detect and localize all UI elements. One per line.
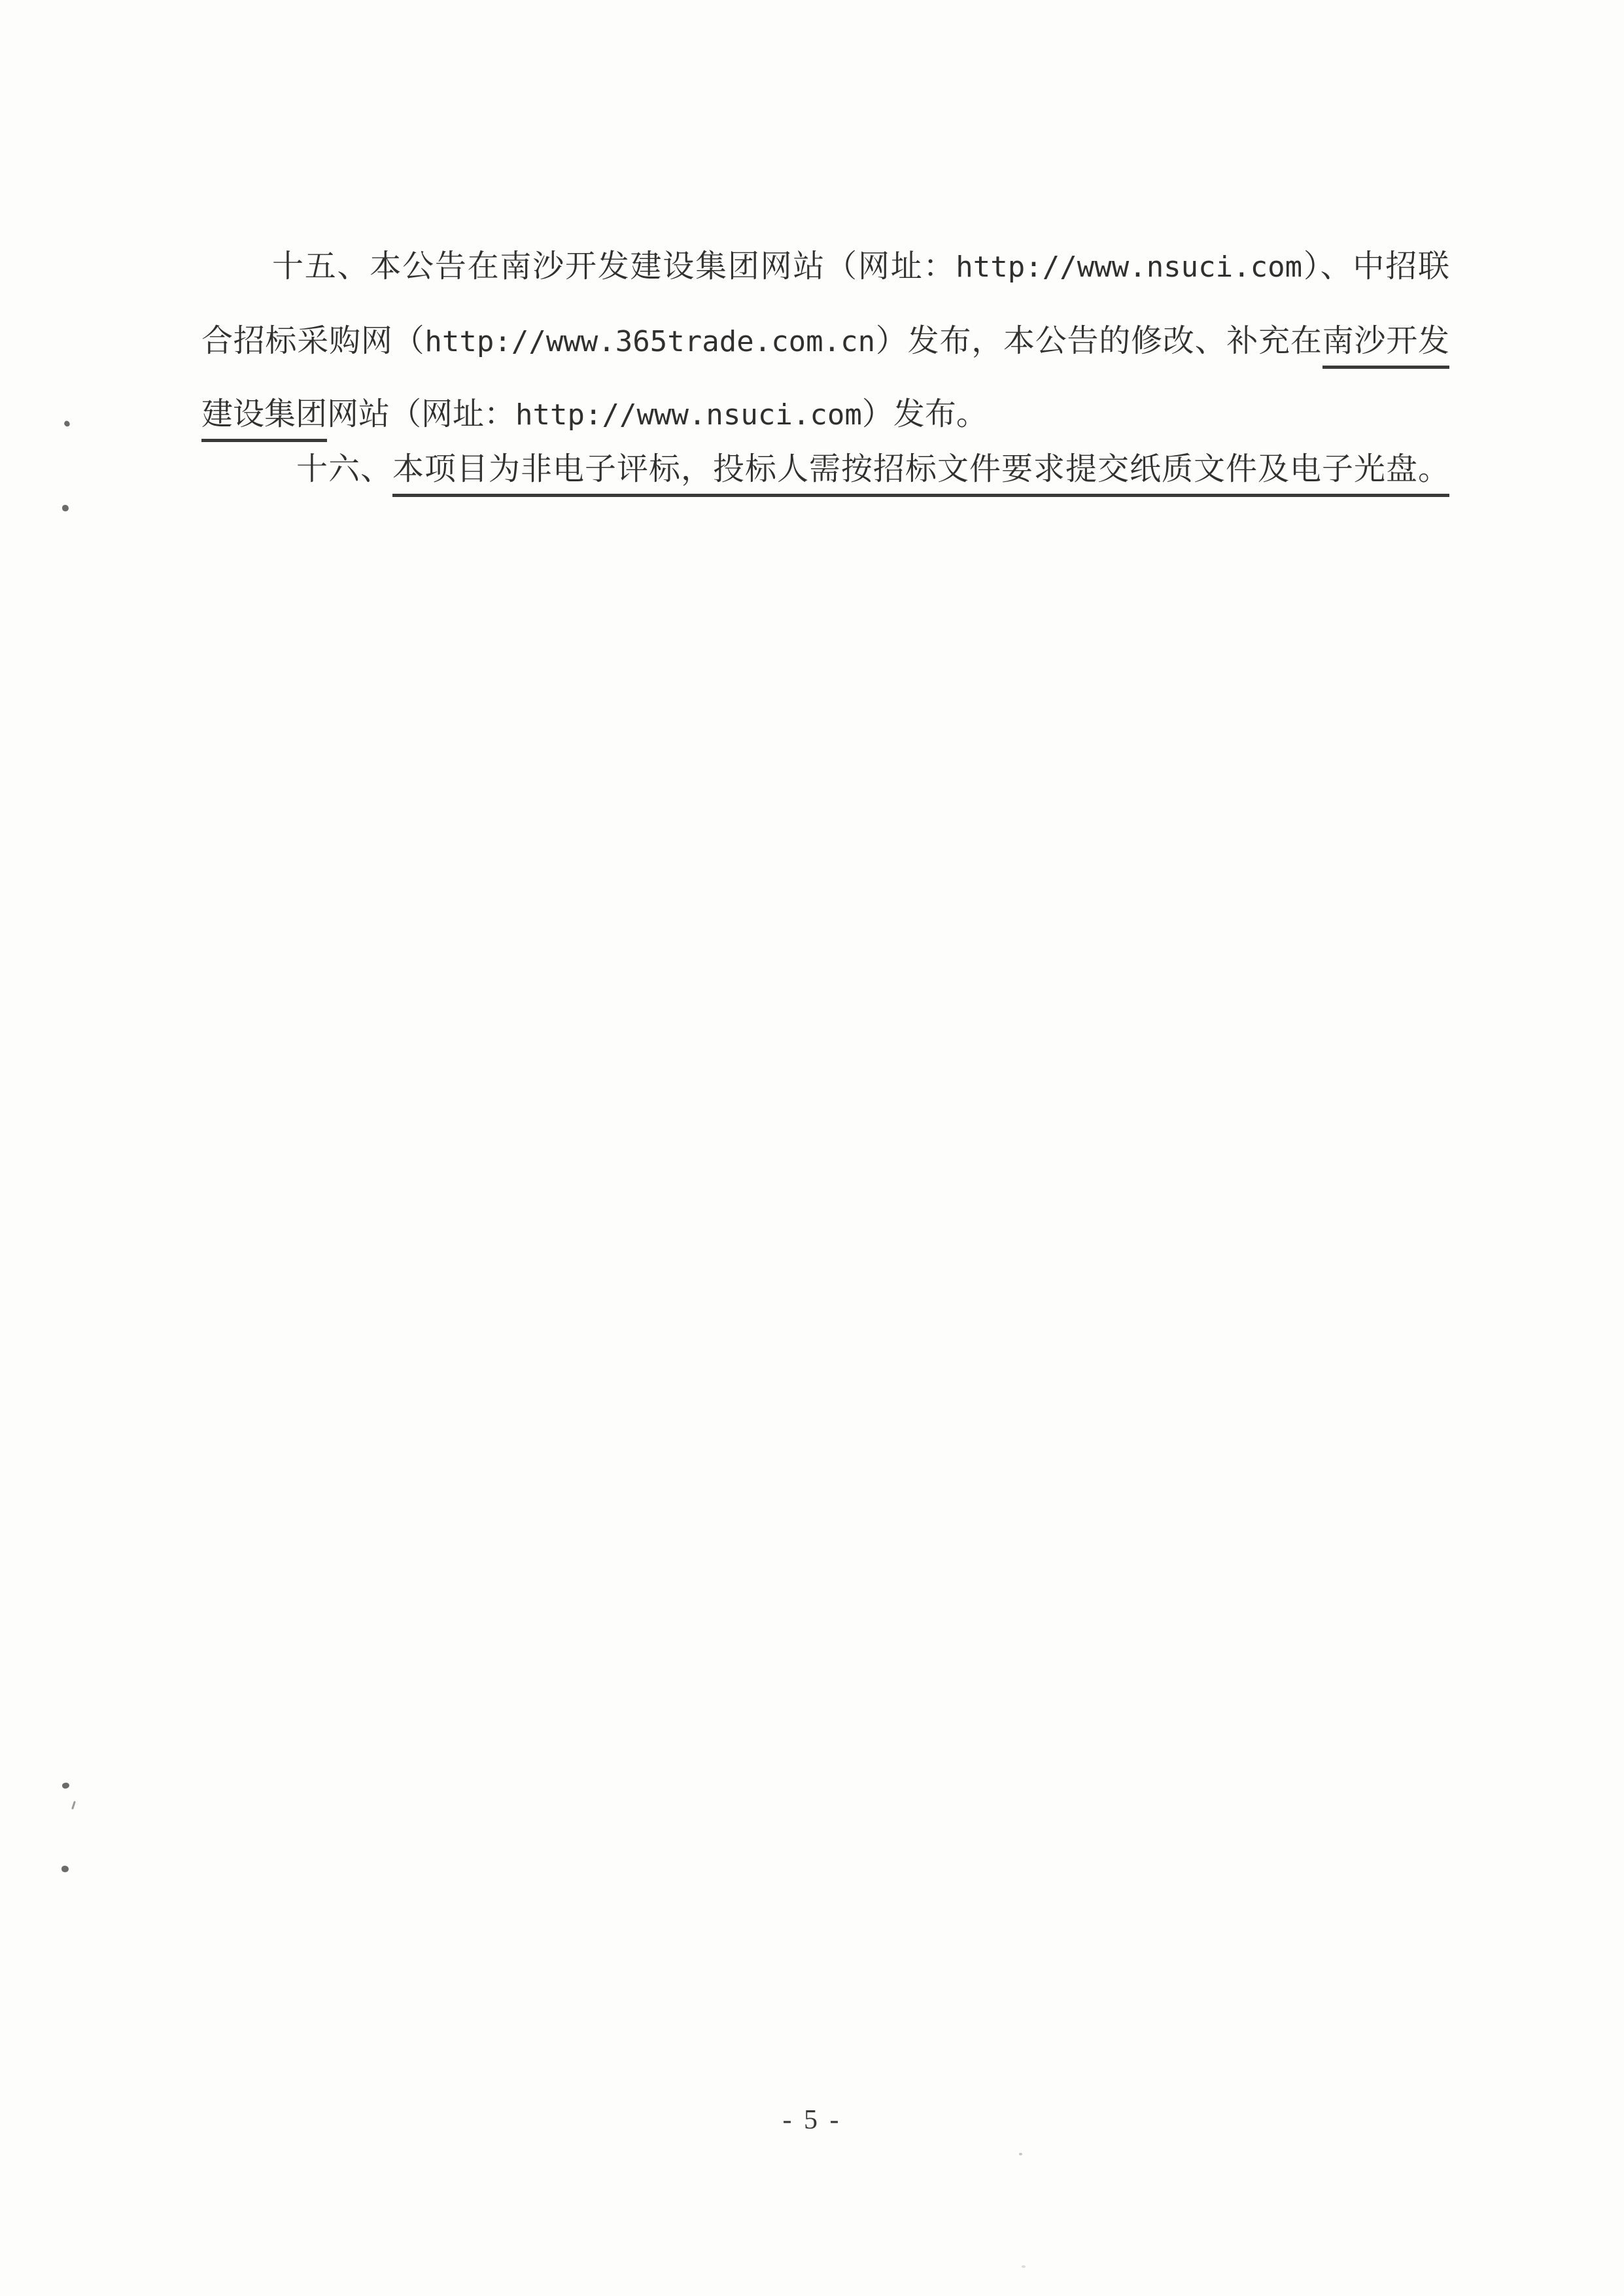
text-segment: ）发布。 [862, 397, 988, 432]
scan-artifact-speck [71, 1801, 76, 1809]
url-text: http://www.nsuci.com [515, 398, 862, 432]
scan-artifact-speck [61, 1866, 69, 1872]
document-page: 十五、本公告在南沙开发建设集团网站（网址：http://www.nsuci.co… [0, 0, 1624, 2296]
text-segment: 十五、本公告在南沙开发建设集团网站（网址： [272, 249, 956, 284]
scan-artifact-speck [63, 420, 71, 428]
underlined-text: 本项目为非电子评标，投标人需按招标文件要求提交纸质文件及电子光盘。 [392, 452, 1449, 497]
scan-artifact-speck [1022, 2265, 1026, 2268]
text-segment: 合招标采购网（ [201, 324, 424, 358]
paragraph-15-line-1: 十五、本公告在南沙开发建设集团网站（网址：http://www.nsuci.co… [201, 246, 1449, 288]
underlined-text: 建设集团 [201, 397, 327, 442]
paragraph-15-line-3: 建设集团网站（网址：http://www.nsuci.com）发布。 [201, 394, 1449, 436]
url-text: http://www.nsuci.com [956, 250, 1302, 284]
scan-artifact-speck [62, 505, 69, 511]
page-number: - 5 - [0, 2104, 1624, 2136]
paragraph-15-line-2: 合招标采购网（http://www.365trade.com.cn）发布，本公告… [201, 320, 1449, 363]
text-segment: 十六、 [296, 452, 392, 487]
text-segment: ）、中招联 [1302, 249, 1449, 284]
scan-artifact-speck [1019, 2153, 1022, 2155]
underlined-text: 南沙开发 [1322, 324, 1449, 369]
text-segment: 网站（网址： [327, 397, 515, 432]
paragraph-16-line-1: 十六、本项目为非电子评标，投标人需按招标文件要求提交纸质文件及电子光盘。 [201, 449, 1449, 490]
scan-artifact-speck [61, 1782, 70, 1790]
text-segment: ）发布，本公告的修改、补充在 [875, 324, 1322, 358]
url-text: http://www.365trade.com.cn [424, 325, 875, 358]
